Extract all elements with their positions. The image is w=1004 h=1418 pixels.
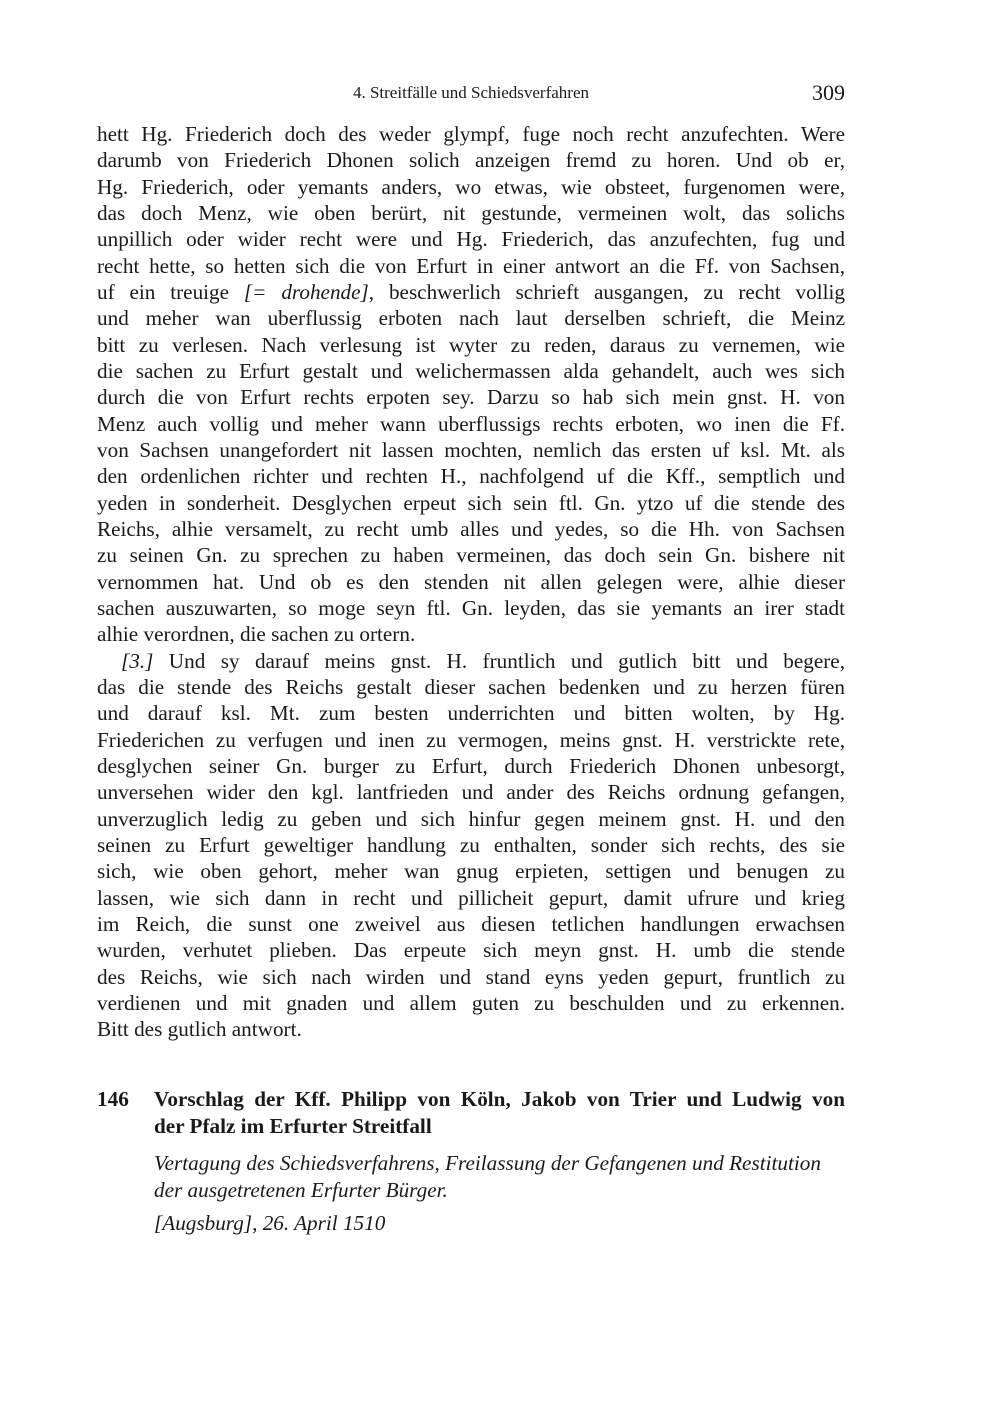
text-line: [3.] Und sy darauf meins gnst. H. fruntl… — [97, 648, 845, 674]
text-line: seinen zu Erfurt geweltiger handlung zu … — [97, 832, 845, 858]
document-summary: Vertagung des Schiedsverfahrens, Freilas… — [154, 1150, 845, 1204]
text-line: sich, wie oben gehort, meher wan gnug er… — [97, 858, 845, 884]
document-title: Vorschlag der Kff. Philipp von Köln, Jak… — [154, 1086, 845, 1140]
text-line: Bitt des gutlich antwort. — [97, 1016, 845, 1042]
text-line: unverzuglich ledig zu geben und sich hin… — [97, 806, 845, 832]
text-line: Reichs, alhie versamelt, zu recht umb al… — [97, 516, 845, 542]
text-line: recht hette, so hetten sich die von Erfu… — [97, 253, 845, 279]
text-line: unpillich oder wider recht were und Hg. … — [97, 226, 845, 252]
text-line: von Sachsen unangefordert nit lassen moc… — [97, 437, 845, 463]
document-summary-line: der ausgetretenen Erfurter Bürger. — [154, 1177, 845, 1204]
document-summary-line: Vertagung des Schiedsverfahrens, Freilas… — [154, 1150, 845, 1177]
text-line: die sachen zu Erfurt gestalt und weliche… — [97, 358, 845, 384]
body-text: hett Hg. Friederich doch des weder glymp… — [97, 121, 845, 1042]
text-line: im Reich, die sunst one zweivel aus dies… — [97, 911, 845, 937]
text-line: das doch Menz, wie oben berürt, nit gest… — [97, 200, 845, 226]
text-line: darumb von Friederich Dhonen solich anze… — [97, 147, 845, 173]
text-line: des Reichs, wie sich nach wirden und sta… — [97, 964, 845, 990]
text-line: desglychen seiner Gn. burger zu Erfurt, … — [97, 753, 845, 779]
text-line: Menz auch vollig und meher wann uberflus… — [97, 411, 845, 437]
text-line: hett Hg. Friederich doch des weder glymp… — [97, 121, 845, 147]
text-line: zu seinen Gn. zu sprechen zu haben verme… — [97, 542, 845, 568]
text-line: vernommen hat. Und ob es den stenden nit… — [97, 569, 845, 595]
text-line: verdienen und mit gnaden und allem guten… — [97, 990, 845, 1016]
text-line: uf ein treuige [= drohende], beschwerlic… — [97, 279, 845, 305]
text-line: wurden, verhutet plieben. Das erpeute si… — [97, 937, 845, 963]
text-line: unversehen wider den kgl. lantfrieden un… — [97, 779, 845, 805]
text-segment: uf ein treuige — [97, 280, 244, 304]
text-line: Friederichen zu verfugen und inen zu ver… — [97, 727, 845, 753]
text-line: bitt zu verlesen. Nach verlesung ist wyt… — [97, 332, 845, 358]
editorial-note: [= drohende] — [244, 280, 369, 304]
text-line: Hg. Friederich, oder yemants anders, wo … — [97, 174, 845, 200]
editorial-note: [3.] — [121, 649, 153, 673]
text-line: durch die von Erfurt rechts erpoten sey.… — [97, 384, 845, 410]
text-segment: , beschwerlich schrieft ausgangen, zu re… — [369, 280, 845, 304]
text-line: und meher wan uberflussig erboten nach l… — [97, 305, 845, 331]
text-line: lassen, wie sich dann in recht und pilli… — [97, 885, 845, 911]
text-line: yeden in sonderheit. Desglychen erpeut s… — [97, 490, 845, 516]
running-head-title: 4. Streitfälle und Schiedsverfahren — [97, 83, 845, 103]
text-segment: Und sy darauf meins gnst. H. fruntlich u… — [153, 649, 845, 673]
running-head: 4. Streitfälle und Schiedsverfahren 309 — [97, 80, 845, 108]
text-line: das die stende des Reichs gestalt dieser… — [97, 674, 845, 700]
document-title-line: der Pfalz im Erfurter Streitfall — [154, 1113, 845, 1140]
text-line: alhie verordnen, die sachen zu ortern. — [97, 621, 845, 647]
document-title-line: Vorschlag der Kff. Philipp von Köln, Jak… — [154, 1086, 845, 1113]
document-number: 146 — [97, 1086, 129, 1113]
document-date: [Augsburg], 26. April 1510 — [154, 1210, 385, 1237]
text-line: und darauf ksl. Mt. zum besten underrich… — [97, 700, 845, 726]
page-number: 309 — [812, 80, 845, 106]
text-line: den ordenlichen richter und rechten H., … — [97, 463, 845, 489]
text-line: sachen auszuwarten, so moge seyn ftl. Gn… — [97, 595, 845, 621]
